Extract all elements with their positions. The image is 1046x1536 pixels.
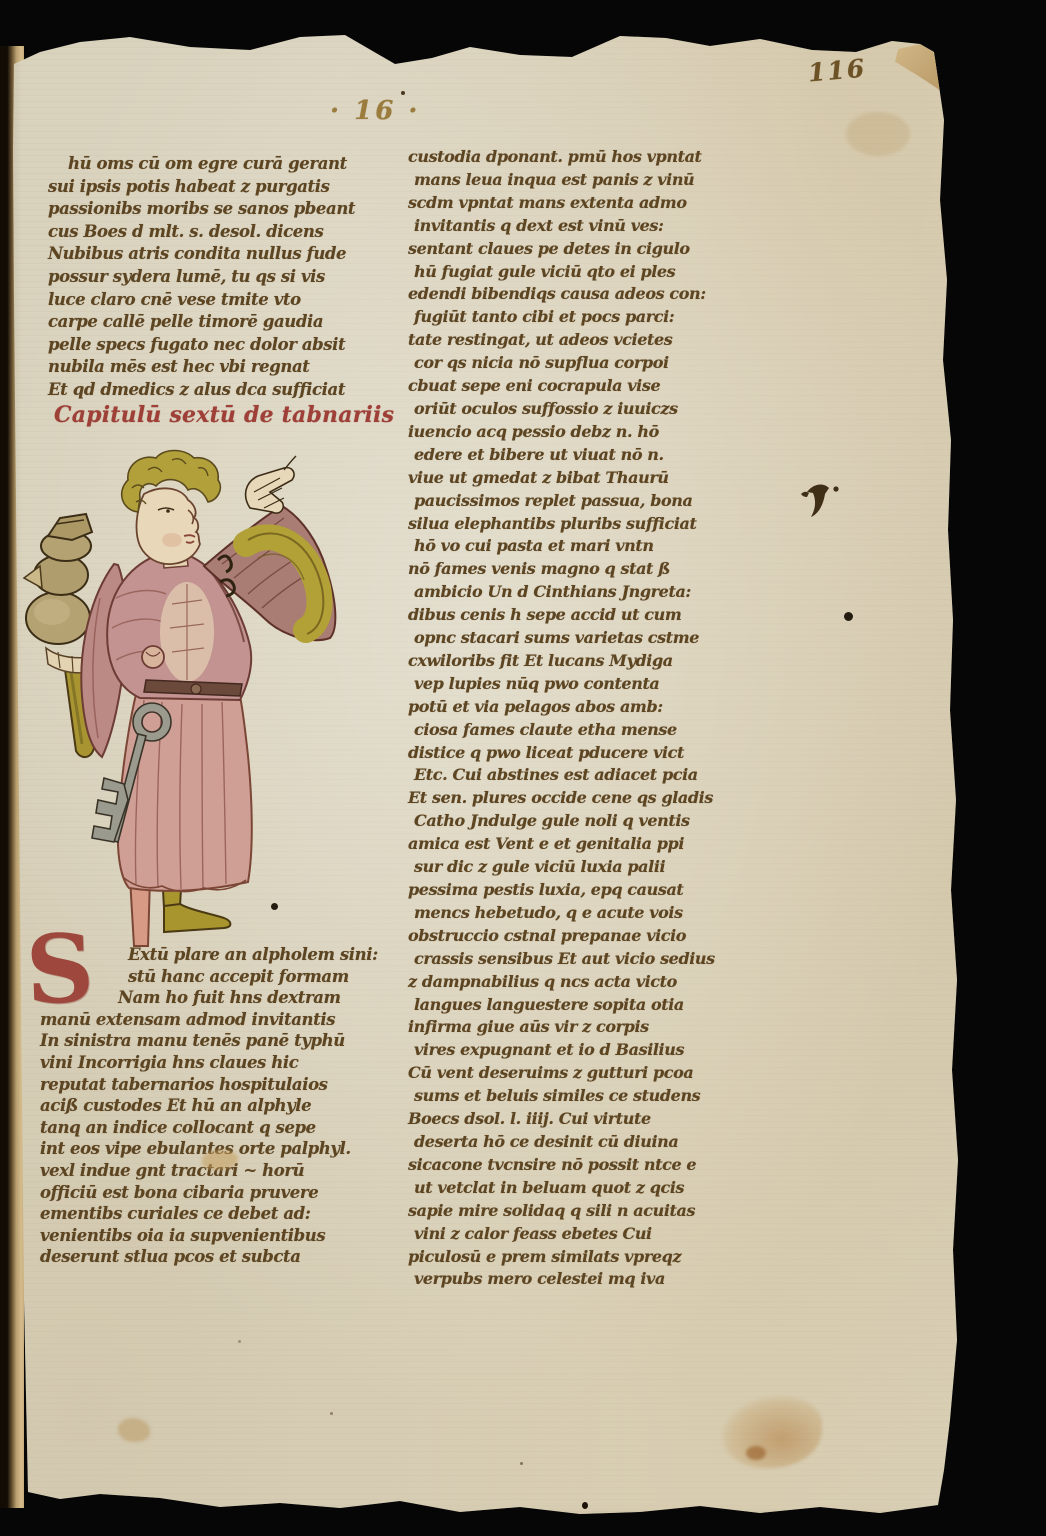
head xyxy=(137,488,200,568)
raised-arm-sleeve xyxy=(204,506,335,640)
text-line: possur sydera lumē, tu qs si vis xyxy=(48,266,420,289)
text-line: sentant claues pe detes in cigulo xyxy=(408,238,820,261)
text-line: In sinistra manu tenēs panē typhū xyxy=(40,1030,448,1052)
text-line: venientibs oia ia supvenientibus xyxy=(40,1225,448,1247)
torn-corner-chip xyxy=(894,42,946,100)
belt-purse xyxy=(142,646,164,668)
parchment-stain xyxy=(846,112,910,156)
text-line: Etc. Cui abstines est adiacet pcia xyxy=(414,764,820,787)
text-line: cus Boes d mlt. s. desol. dicens xyxy=(48,221,420,244)
text-line: aciß custodes Et hū an alphyle xyxy=(40,1095,448,1117)
text-line: ambicio Un d Cinthians Jngreta: xyxy=(414,581,820,604)
left-column-lower: Extū plare an alpholem sini:stū hanc acc… xyxy=(40,944,448,1268)
text-line: langues languestere sopita otia xyxy=(414,994,820,1017)
text-line: Nam ho fuit hns dextram xyxy=(118,987,448,1009)
ink-speck xyxy=(238,1340,241,1343)
ink-doodle xyxy=(218,556,234,596)
text-line: piculosū e prem similats vpreqz xyxy=(408,1246,820,1269)
belt xyxy=(144,680,242,696)
parchment-stain xyxy=(722,1396,822,1468)
text-line: luce claro cnē vese tmite vto xyxy=(48,289,420,312)
text-line: cxwiloribs fit Et lucans Mydiga xyxy=(408,650,820,673)
text-line: nubila mēs est hec vbi regnat xyxy=(48,356,420,379)
skirt xyxy=(118,694,252,892)
text-line: paucissimos replet passua, bona xyxy=(414,490,820,513)
text-line: verpubs mero celestei mq iva xyxy=(414,1268,820,1291)
torso-robe xyxy=(107,552,251,700)
text-line: sapie mire solidaq q sili n acuitas xyxy=(408,1200,820,1223)
text-line: manū extensam admod invitantis xyxy=(40,1009,448,1031)
text-line: crassis sensibus Et aut vicio sedius xyxy=(414,948,820,971)
text-line: silua elephantibs pluribs sufficiat xyxy=(408,513,820,536)
text-line: amica est Vent e et genitalia ppi xyxy=(408,833,820,856)
pink-leg xyxy=(130,878,150,946)
text-line: z dampnabilius q ncs acta victo xyxy=(408,971,820,994)
text-line: ciosa fames claute etha mense xyxy=(414,719,820,742)
text-line: dibus cenis h sepe accid ut cum xyxy=(408,604,820,627)
text-line: ut vetclat in beluam quot z qcis xyxy=(414,1177,820,1200)
text-line: Cū vent deseruims z gutturi pcoa xyxy=(408,1062,820,1085)
text-line: sicacone tvcnsire nō possit ntce e xyxy=(408,1154,820,1177)
text-line: vires expugnant et io d Basilius xyxy=(414,1039,820,1062)
hanging-sleeve xyxy=(81,564,126,757)
ink-speck xyxy=(401,91,405,95)
gripping-hand xyxy=(46,648,102,673)
text-line: pelle specs fugato nec dolor absit xyxy=(48,334,420,357)
text-line: vexl indue gnt tractari ~ horū xyxy=(40,1160,448,1182)
parchment-stain xyxy=(746,1446,766,1460)
text-line: infirma giue aūs vir z corpis xyxy=(408,1016,820,1039)
text-line: sur dic z gule viciū luxia palii xyxy=(414,856,820,879)
text-line: sums et beluis similes ce studens xyxy=(414,1085,820,1108)
text-line: scdm vpntat mans extenta admo xyxy=(408,192,820,215)
right-column: custodia dponant. pmū hos vpntatmans leu… xyxy=(408,146,820,1291)
manuscript-scan: { "page": { "folio_number": "116", "quir… xyxy=(0,0,1046,1536)
text-line: Et sen. plures occide cene qs gladis xyxy=(408,787,820,810)
text-line: carpe callē pelle timorē gaudia xyxy=(48,311,420,334)
text-line: ementibs curiales ce debet ad: xyxy=(40,1203,448,1225)
text-line: hū oms cū om egre curā gerant xyxy=(68,153,420,176)
text-line: viue ut gmedat z bibat Thaurū xyxy=(408,467,820,490)
text-line: iuencio acq pessio debz n. hō xyxy=(408,421,820,444)
text-line: opnc stacari sums varietas cstme xyxy=(414,627,820,650)
text-line: Extū plare an alpholem sini: xyxy=(128,944,448,966)
flask-bundle xyxy=(24,514,92,644)
flask-cone xyxy=(64,658,108,757)
text-line: edere et bibere ut viuat nō n. xyxy=(414,444,820,467)
ink-speck xyxy=(520,1462,523,1465)
text-line: mans leua inqua est panis z vinū xyxy=(414,169,820,192)
text-line: distice q pwo liceat pducere vict xyxy=(408,742,820,765)
folio-number: 116 xyxy=(807,54,867,88)
text-line: Boecs dsol. l. iiij. Cui virtute xyxy=(408,1108,820,1131)
ink-speck xyxy=(582,1502,588,1509)
text-line: int eos vipe ebulantes orte palphyl. xyxy=(40,1138,448,1160)
text-line: deserta hō ce desinit cū diuina xyxy=(414,1131,820,1154)
parchment-stain xyxy=(118,1418,150,1442)
text-line: pessima pestis luxia, epq causat xyxy=(408,879,820,902)
text-line: Catho Jndulge gule noli q ventis xyxy=(414,810,820,833)
ink-speck xyxy=(330,1412,333,1415)
text-line: tate restingat, ut adeos vcietes xyxy=(408,329,820,352)
manuscript-page: 116 · 16 · hū oms cū om egre curā gerant… xyxy=(0,0,1046,1536)
text-line: potū et via pelagos abos amb: xyxy=(408,696,820,719)
text-line: nō fames venis magno q stat ß xyxy=(408,558,820,581)
figure-ink-dot xyxy=(271,903,278,910)
text-line: hū fugiat gule viciū qto ei ples xyxy=(414,261,820,284)
margin-ink-dot xyxy=(844,612,853,621)
text-line: officiū est bona cibaria pruvere xyxy=(40,1182,448,1204)
text-line: stū hanc accepit formam xyxy=(128,966,448,988)
text-line: oriūt oculos suffossio z iuuiczs xyxy=(414,398,820,421)
left-column-upper: hū oms cū om egre curā gerantsui ipsis p… xyxy=(48,153,420,402)
raised-hand xyxy=(246,456,296,513)
text-line: Et qd dmedics z alus dca sufficiat xyxy=(48,379,420,402)
olive-leg-and-foot xyxy=(162,872,230,932)
text-line: vep lupies nūq pwo contenta xyxy=(414,673,820,696)
text-line: invitantis q dext est vinū ves: xyxy=(414,215,820,238)
text-line: reputat tabernarios hospitulaios xyxy=(40,1074,448,1096)
quire-heading: · 16 · xyxy=(330,96,420,126)
text-line: edendi bibendiqs causa adeos con: xyxy=(408,283,820,306)
text-line: Nubibus atris condita nullus fude xyxy=(48,243,420,266)
text-line: sui ipsis potis habeat z purgatis xyxy=(48,176,420,199)
margin-tironian-mark xyxy=(799,478,847,522)
text-line: cor qs nicia nō supflua corpoi xyxy=(414,352,820,375)
text-line: vini Incorrigia hns claues hic xyxy=(40,1052,448,1074)
text-line: tanq an indice collocant q sepe xyxy=(40,1117,448,1139)
text-line: custodia dponant. pmū hos vpntat xyxy=(408,146,820,169)
text-line: obstruccio cstnal prepanae vicio xyxy=(408,925,820,948)
text-line: passionibs moribs se sanos pbeant xyxy=(48,198,420,221)
text-line: deserunt stlua pcos et subcta xyxy=(40,1246,448,1268)
text-line: vini z calor feass ebetes Cui xyxy=(414,1223,820,1246)
text-line: cbuat sepe eni cocrapula vise xyxy=(408,375,820,398)
curly-hair xyxy=(122,451,221,513)
text-line: mencs hebetudo, q e acute vois xyxy=(414,902,820,925)
text-line: fugiūt tanto cibi et pocs parci: xyxy=(414,306,820,329)
sleeve-lining xyxy=(246,533,323,634)
chapter-rubric: Capitulū sextū de tabnariis xyxy=(54,402,394,428)
key xyxy=(92,703,171,842)
text-line: hō vo cui pasta et mari vntn xyxy=(414,535,820,558)
